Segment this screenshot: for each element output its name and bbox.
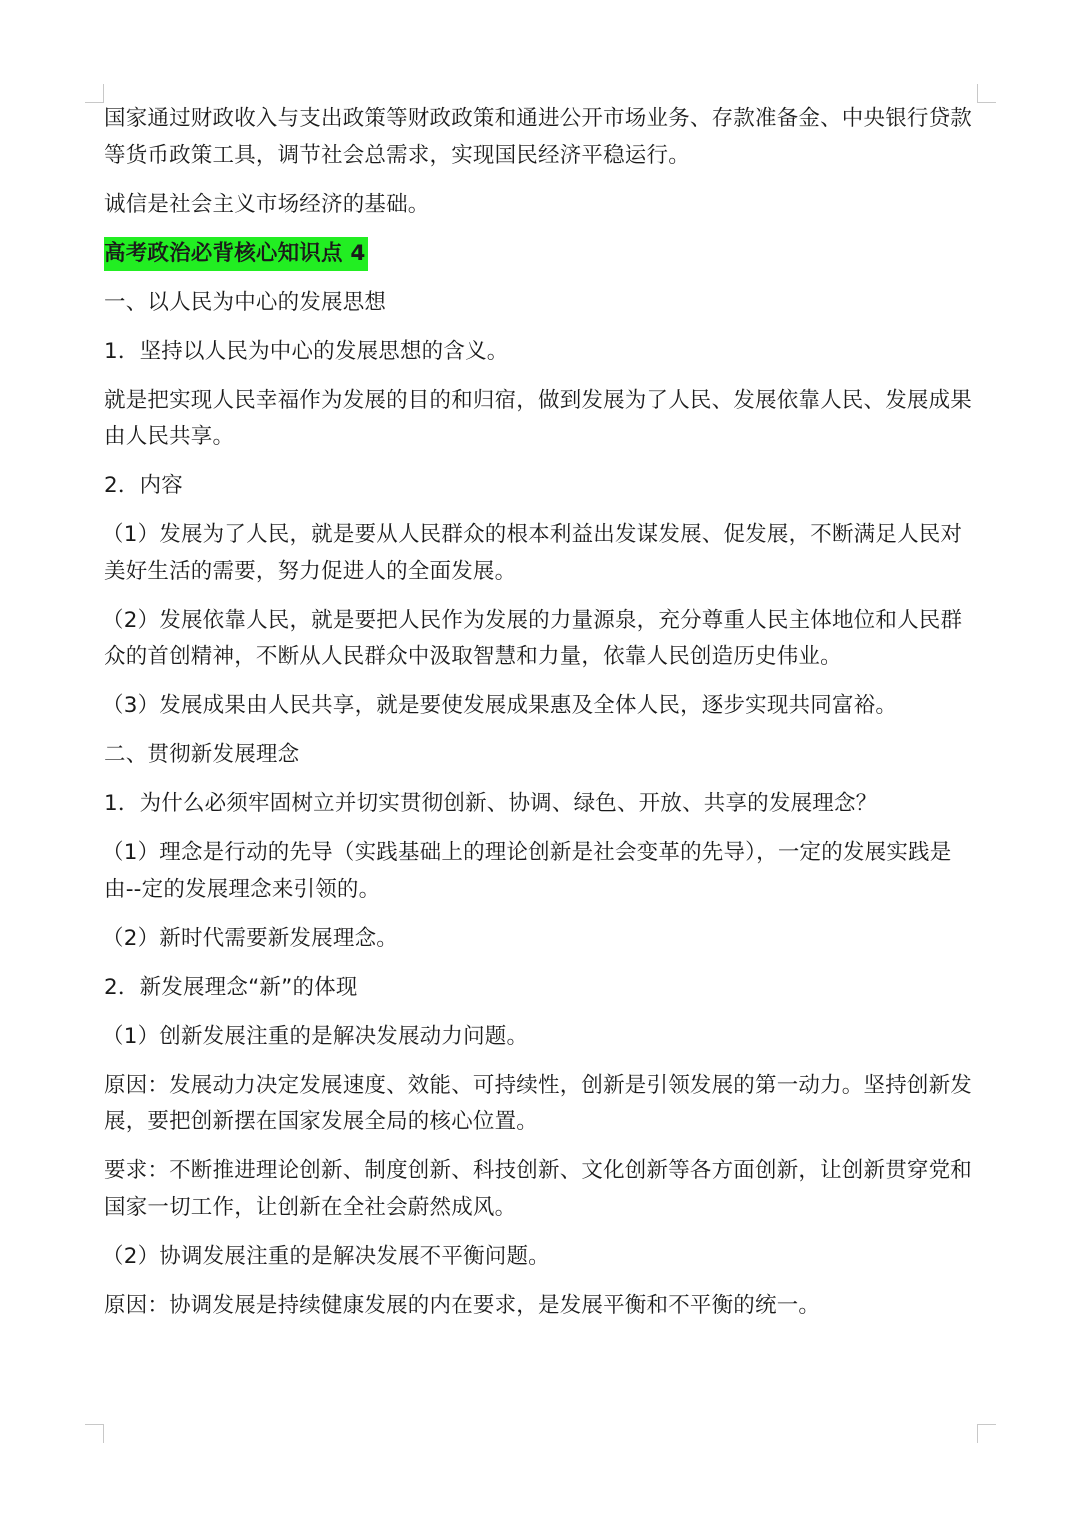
list-item: （2）协调发展注重的是解决发展不平衡问题。 (104, 1239, 978, 1276)
paragraph: 原因：发展动力决定发展速度、效能、可持续性，创新是引领发展的第一动力。坚持创新发… (104, 1068, 978, 1141)
highlighted-heading-text: 高考政治必背核心知识点 4 (104, 237, 368, 271)
list-item: （1）理念是行动的先导（实践基础上的理论创新是社会变革的先导），一定的发展实践是… (104, 835, 978, 908)
page-corner-mark-top-left (85, 84, 104, 103)
paragraph: 国家通过财政收入与支出政策等财政政策和通进公开市场业务、存款准备金、中央银行贷款… (104, 101, 978, 174)
list-item: （3）发展成果由人民共享，就是要使发展成果惠及全体人民，逐步实现共同富裕。 (104, 688, 978, 725)
paragraph: 原因：协调发展是持续健康发展的内在要求，是发展平衡和不平衡的统一。 (104, 1288, 978, 1325)
page-corner-mark-bottom-right (977, 1424, 996, 1443)
document-page: 国家通过财政收入与支出政策等财政政策和通进公开市场业务、存款准备金、中央银行贷款… (104, 101, 978, 1337)
list-item: （2）新时代需要新发展理念。 (104, 921, 978, 958)
list-item: （1）发展为了人民，就是要从人民群众的根本利益出发谋发展、促发展，不断满足人民对… (104, 517, 978, 590)
subsection-title: 2．内容 (104, 468, 978, 505)
subsection-title: 1．为什么必须牢固树立并切实贯彻创新、协调、绿色、开放、共享的发展理念？ (104, 786, 978, 823)
list-item: （2）发展依靠人民，就是要把人民作为发展的力量源泉，充分尊重人民主体地位和人民群… (104, 603, 978, 676)
section-heading-highlighted: 高考政治必背核心知识点 4 (104, 236, 978, 273)
section-title: 二、贯彻新发展理念 (104, 737, 978, 774)
paragraph: 要求：不断推进理论创新、制度创新、科技创新、文化创新等各方面创新，让创新贯穿党和… (104, 1153, 978, 1226)
subsection-title: 1．坚持以人民为中心的发展思想的含义。 (104, 334, 978, 371)
section-title: 一、以人民为中心的发展思想 (104, 285, 978, 322)
paragraph: 诚信是社会主义市场经济的基础。 (104, 187, 978, 224)
paragraph: 就是把实现人民幸福作为发展的目的和归宿，做到发展为了人民、发展依靠人民、发展成果… (104, 383, 978, 456)
page-corner-mark-top-right (977, 84, 996, 103)
list-item: （1）创新发展注重的是解决发展动力问题。 (104, 1019, 978, 1056)
page-corner-mark-bottom-left (85, 1424, 104, 1443)
subsection-title: 2．新发展理念“新”的体现 (104, 970, 978, 1007)
